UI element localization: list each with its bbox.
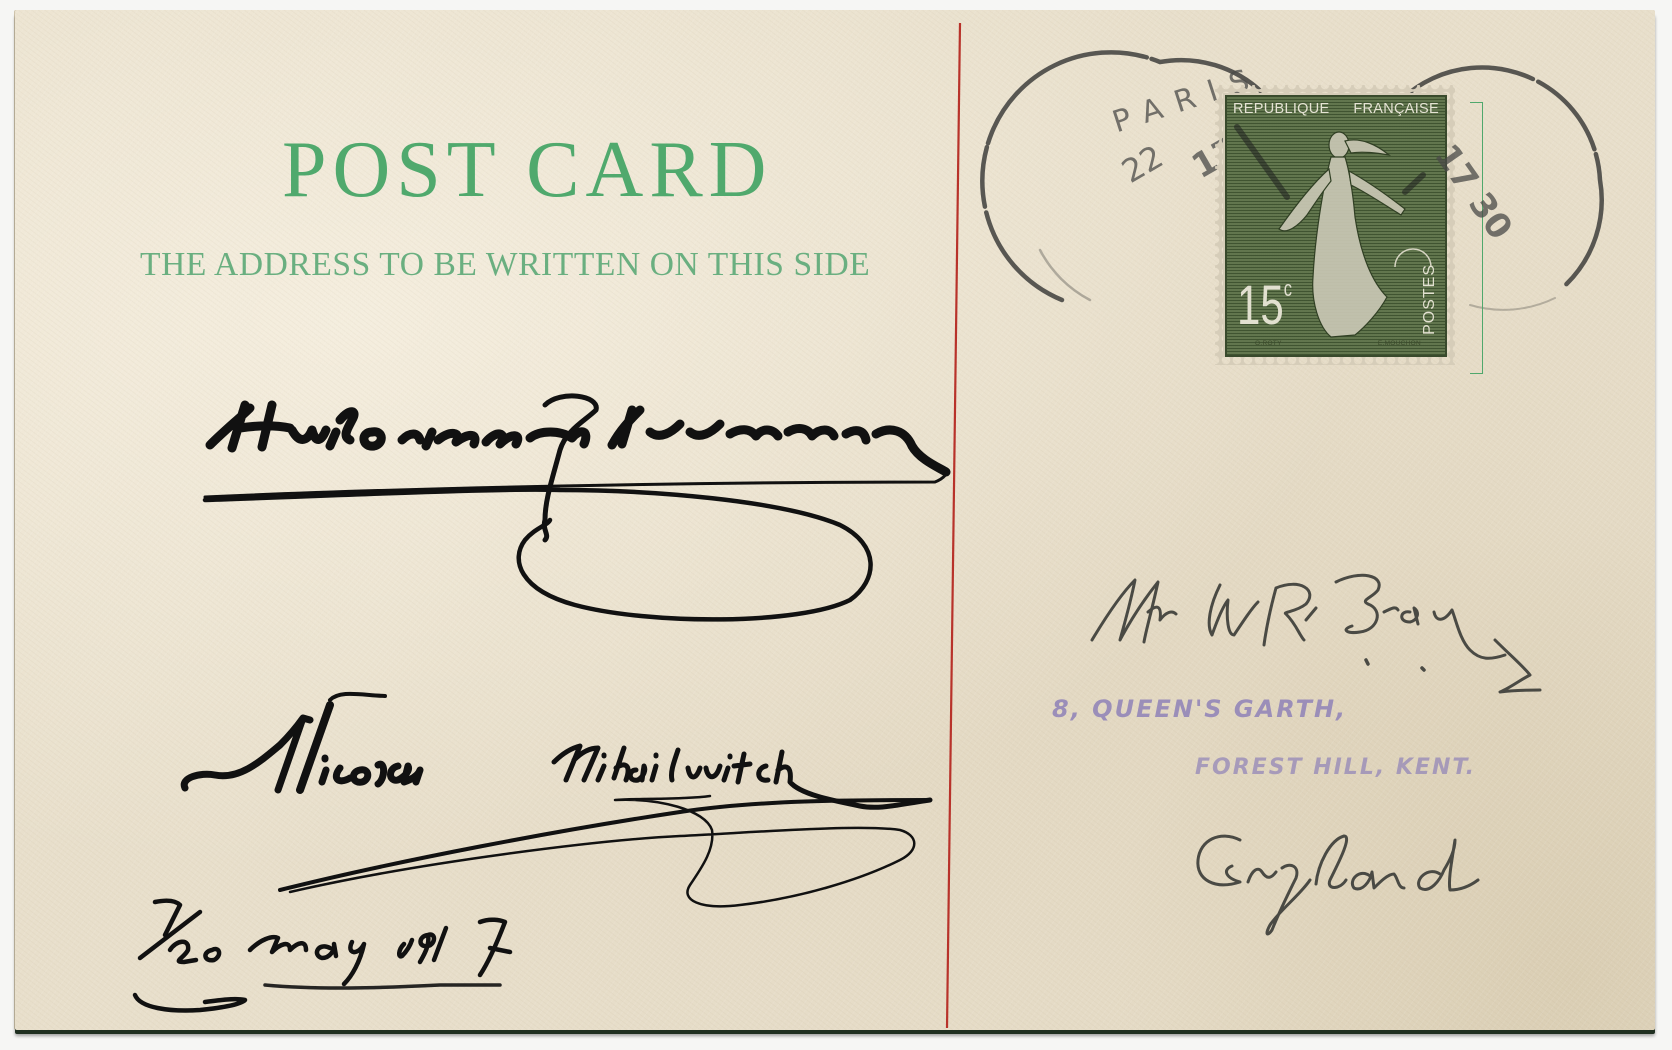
recipient-country: England	[1198, 835, 1459, 897]
handwritten-date: 7/20 may 1917	[140, 910, 487, 956]
signature-latin: Nicolas Mikhaïlovitch	[185, 730, 758, 782]
recipient-name: Mr W R Bray	[1090, 580, 1473, 638]
signature-cyrillic: Николай Михаилович	[205, 400, 801, 452]
address-line-1: 8, QUEEN'S GARTH,	[1052, 697, 1347, 721]
address-line-2: FOREST HILL, KENT.	[1195, 757, 1476, 779]
